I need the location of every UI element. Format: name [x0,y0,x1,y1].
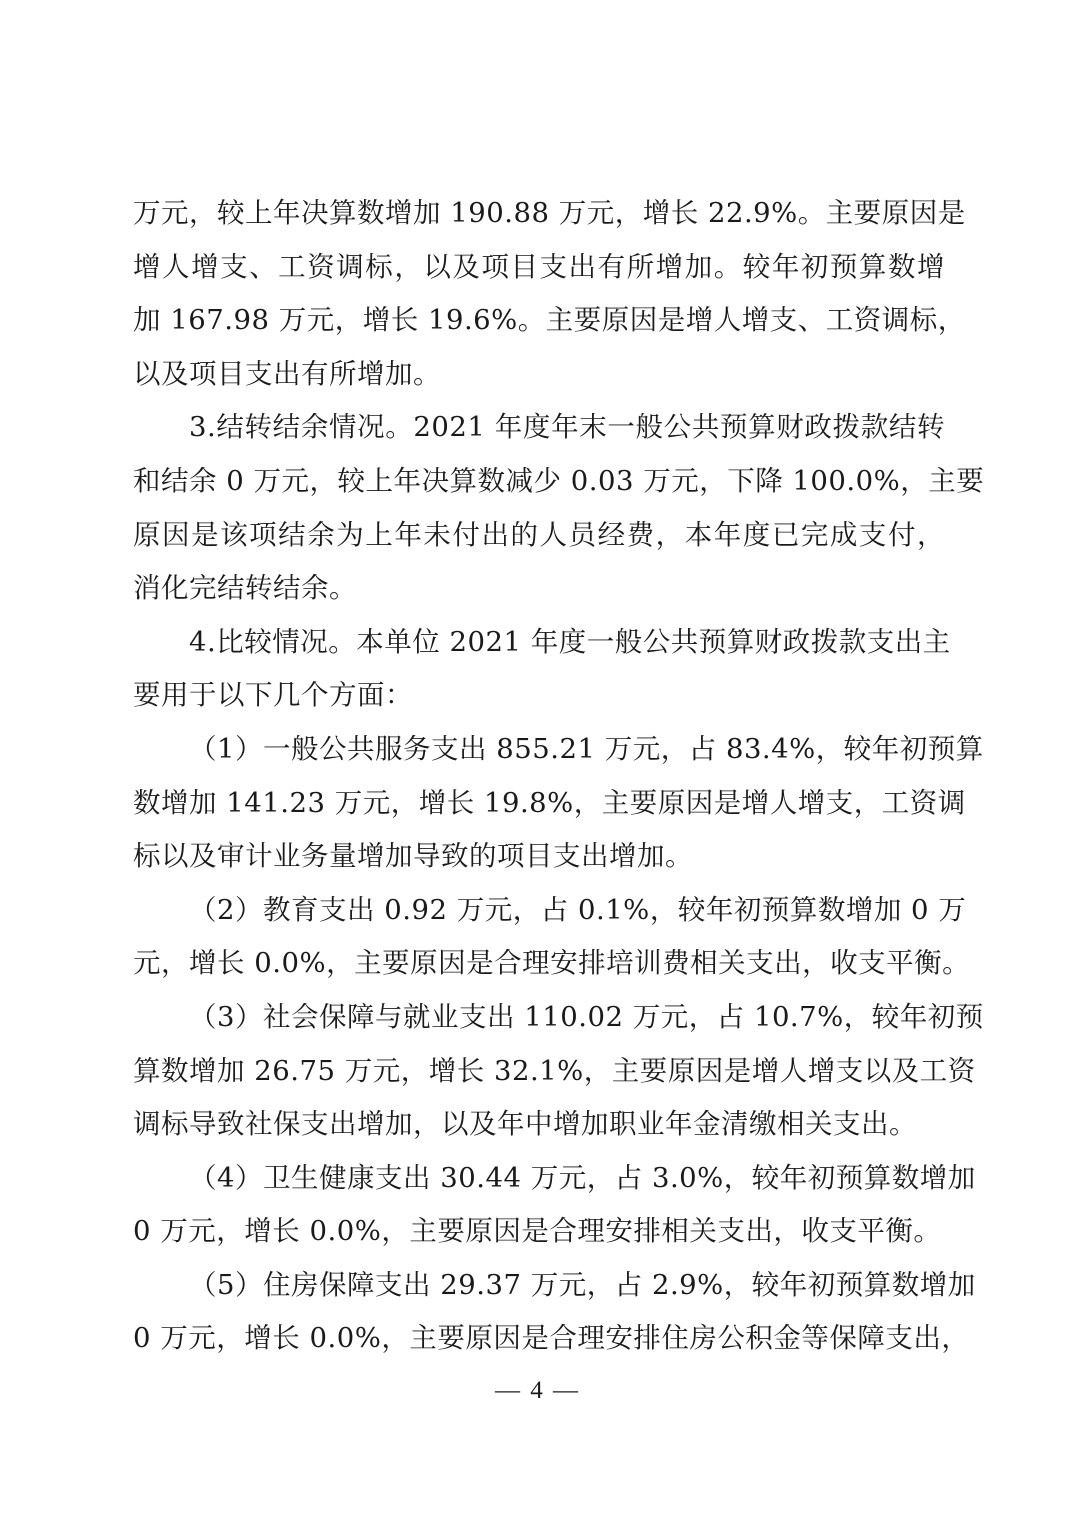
text-line: 和结余 0 万元，较上年决算数减少 0.03 万元，下降 100.0%，主要 [133,455,945,509]
list-item-general-public-services: （1）一般公共服务支出 855.21 万元，占 83.4%，较年初预算 [133,723,945,777]
text-line: 标以及审计业务量增加导致的项目支出增加。 [133,830,945,884]
text-line: 0 万元，增长 0.0%，主要原因是合理安排相关支出，收支平衡。 [133,1205,945,1259]
text-line: 调标导致社保支出增加，以及年中增加职业年金清缴相关支出。 [133,1098,945,1152]
list-item-health: （4）卫生健康支出 30.44 万元，占 3.0%，较年初预算数增加 [133,1152,945,1206]
paragraph-carryover-heading: 3.结转结余情况。2021 年度年末一般公共预算财政拨款结转 [133,401,945,455]
text-line: 数增加 141.23 万元，增长 19.8%，主要原因是增人增支，工资调 [133,777,945,831]
text-line: 加 167.98 万元，增长 19.6%。主要原因是增人增支、工资调标， [133,294,945,348]
list-item-social-security: （3）社会保障与就业支出 110.02 万元，占 10.7%，较年初预 [133,991,945,1045]
text-line: 万元，较上年决算数增加 190.88 万元，增长 22.9%。主要原因是 [133,187,945,241]
paragraph-comparison-heading: 4.比较情况。本单位 2021 年度一般公共预算财政拨款支出主 [133,616,945,670]
page-number: — 4 — [0,1377,1075,1405]
text-line: 元，增长 0.0%，主要原因是合理安排培训费相关支出，收支平衡。 [133,937,945,991]
document-body: 万元，较上年决算数增加 190.88 万元，增长 22.9%。主要原因是 增人增… [133,187,945,1366]
list-item-housing: （5）住房保障支出 29.37 万元，占 2.9%，较年初预算数增加 [133,1259,945,1313]
list-item-education: （2）教育支出 0.92 万元，占 0.1%，较年初预算数增加 0 万 [133,884,945,938]
text-line: 原因是该项结余为上年未付出的人员经费，本年度已完成支付， [133,509,945,563]
text-line: 消化完结转结余。 [133,562,945,616]
text-line: 增人增支、工资调标，以及项目支出有所增加。较年初预算数增 [133,241,945,295]
text-line: 以及项目支出有所增加。 [133,348,945,402]
text-line: 要用于以下几个方面： [133,669,945,723]
text-line: 0 万元，增长 0.0%，主要原因是合理安排住房公积金等保障支出， [133,1312,945,1366]
text-line: 算数增加 26.75 万元，增长 32.1%，主要原因是增人增支以及工资 [133,1045,945,1099]
